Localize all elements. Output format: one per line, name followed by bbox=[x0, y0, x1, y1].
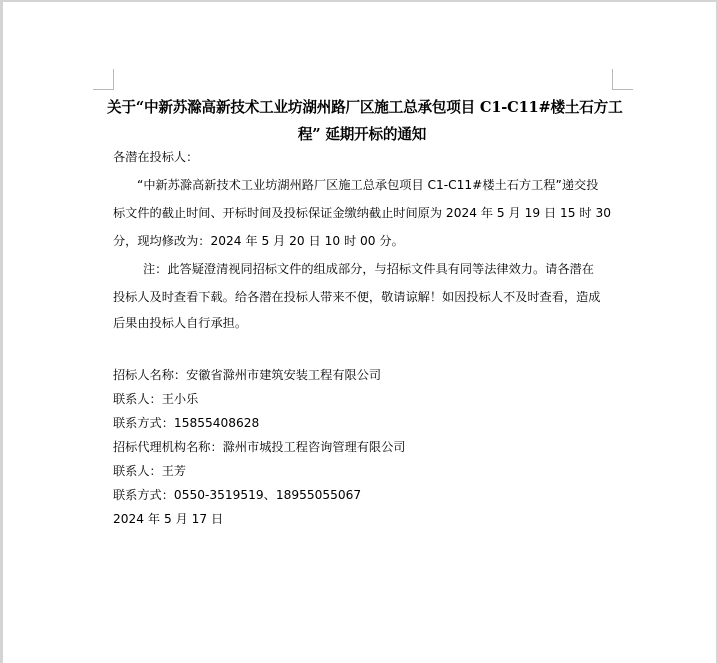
tenderer-contact-person: 联系人：王小乐 bbox=[113, 391, 198, 407]
agency-phone: 联系方式：0550-3519519、18955055067 bbox=[113, 487, 361, 503]
document-page: 关于“中新苏滁高新技术工业坊湖州路厂区施工总承包项目 C1-C11#楼土石方工 … bbox=[0, 0, 718, 663]
paragraph-1-line-3: 分，现均修改为：2024 年 5 月 20 日 10 时 00 分。 bbox=[113, 233, 404, 249]
margin-corner-mark-top-left bbox=[93, 69, 114, 90]
note-line-2: 投标人及时查看下载。给各潜在投标人带来不便，敬请谅解！如因投标人不及时查看，造成 bbox=[113, 289, 601, 305]
margin-corner-mark-top-right bbox=[612, 69, 633, 90]
agency-contact-person: 联系人：王芳 bbox=[113, 463, 186, 479]
tenderer-name: 招标人名称：安徽省滁州市建筑安装工程有限公司 bbox=[113, 367, 381, 383]
tenderer-phone: 联系方式：15855408628 bbox=[113, 415, 259, 431]
paragraph-1-line-2: 标文件的截止时间、开标时间及投标保证金缴纳截止时间原为 2024 年 5 月 1… bbox=[113, 205, 611, 221]
note-line-1: 注：此答疑澄清视同招标文件的组成部分，与招标文件具有同等法律效力。请各潜在 bbox=[143, 261, 594, 277]
document-title-line-1: 关于“中新苏滁高新技术工业坊湖州路厂区施工总承包项目 C1-C11#楼土石方工 bbox=[107, 96, 617, 117]
document-title-line-2: 程” 延期开标的通知 bbox=[107, 123, 617, 144]
salutation: 各潜在投标人： bbox=[113, 149, 198, 165]
paragraph-1-line-1: “中新苏滁高新技术工业坊湖州路厂区施工总承包项目 C1-C11#楼土石方工程”递… bbox=[137, 177, 598, 193]
note-line-3: 后果由投标人自行承担。 bbox=[113, 315, 247, 331]
agency-name: 招标代理机构名称：滁州市城投工程咨询管理有限公司 bbox=[113, 439, 406, 455]
document-date: 2024 年 5 月 17 日 bbox=[113, 511, 223, 527]
